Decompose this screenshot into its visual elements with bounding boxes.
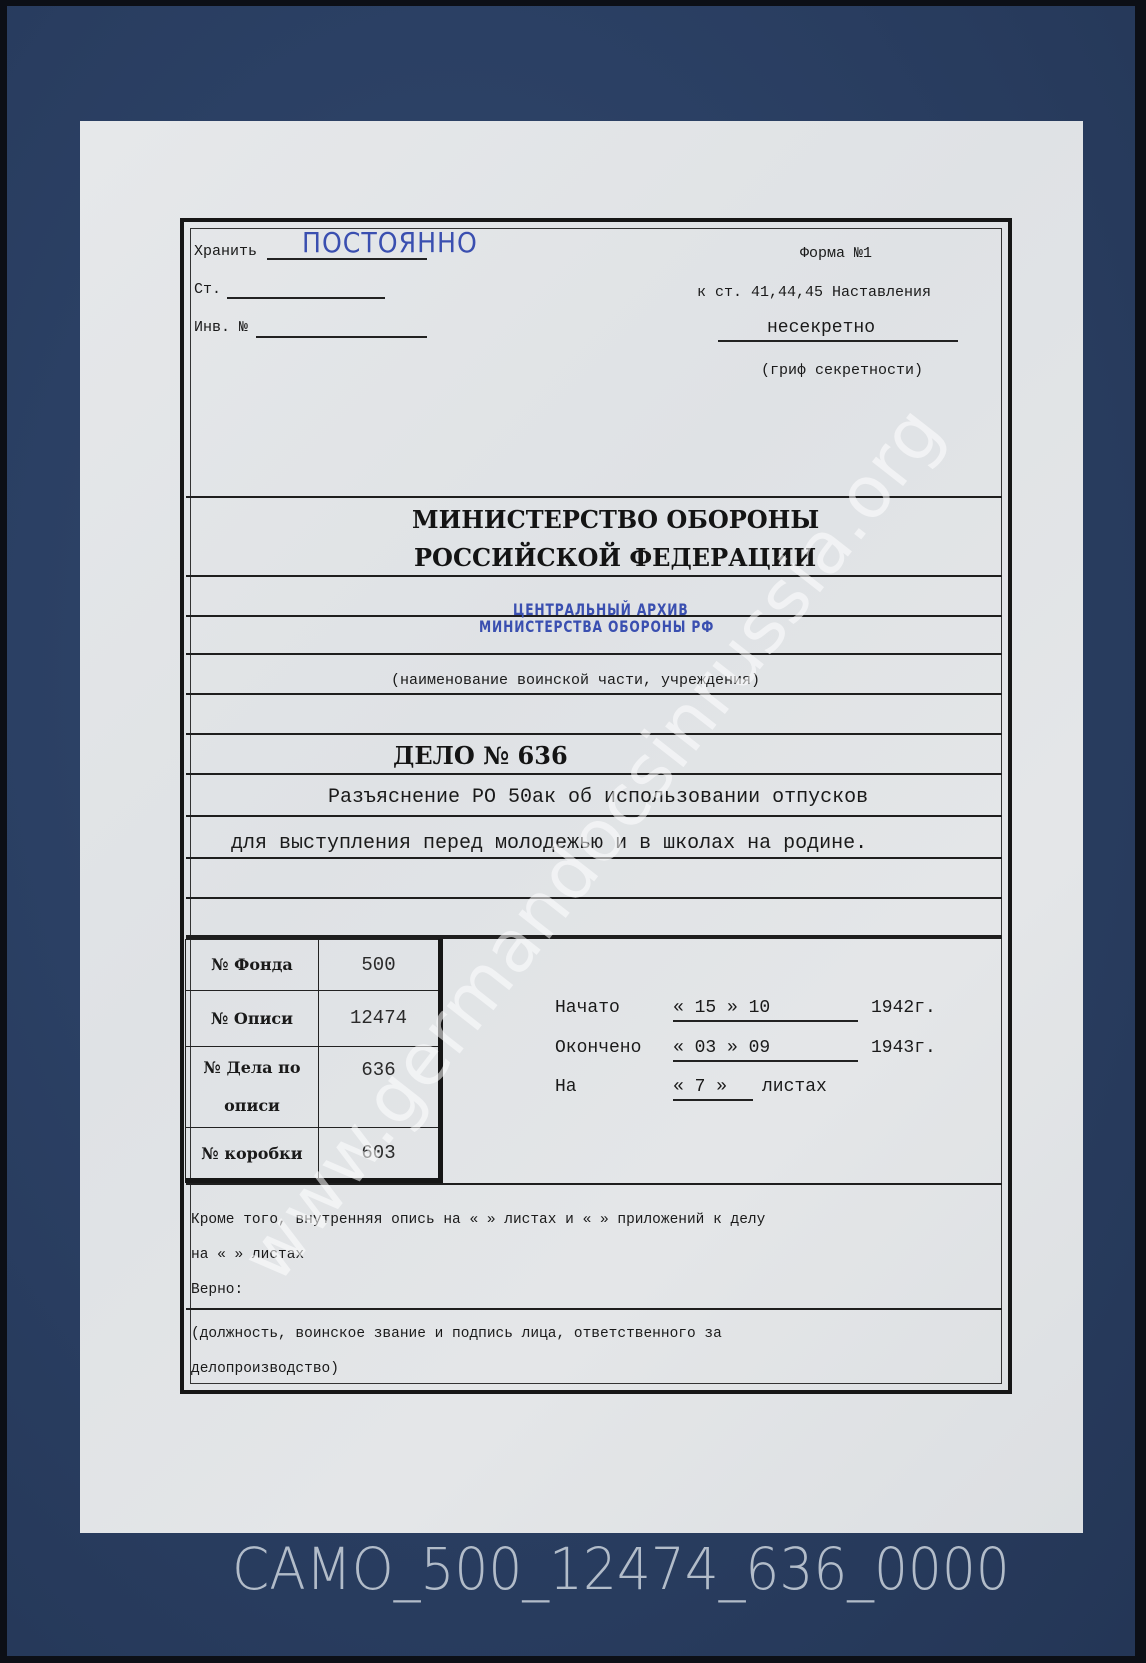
- delo-label: № Дела по описи: [186, 1047, 319, 1128]
- fond-label: № Фонда: [186, 940, 319, 991]
- signature-caption-line1: (должность, воинское звание и подпись ли…: [191, 1326, 722, 1342]
- secrecy-caption: (гриф секретности): [761, 362, 923, 379]
- table-row: № Описи 12474: [186, 990, 441, 1047]
- keep-label: Хранить: [194, 243, 257, 260]
- started-value: « 15 » 10: [673, 998, 770, 1018]
- article-label: Ст.: [194, 281, 221, 298]
- unit-caption: (наименование воинской части, учреждения…: [391, 672, 760, 689]
- case-title: ДЕЛО № 636: [393, 741, 568, 770]
- ended-label: Окончено: [555, 1038, 641, 1058]
- archive-stamp-line2: МИНИСТЕРСТВА ОБОРОНЫ РФ: [479, 617, 714, 636]
- started-year: 1942г.: [871, 998, 936, 1018]
- image-caption: CAMO_500_12474_636_0000: [232, 1535, 1010, 1603]
- extra-inventory-line1: Кроме того, внутренняя опись на « » лист…: [191, 1212, 765, 1228]
- opis-label: № Описи: [186, 990, 319, 1047]
- sheets-suffix: листах: [762, 1077, 827, 1097]
- keep-stamp: ПОСТОЯННО: [302, 226, 478, 259]
- article-field: [227, 297, 385, 299]
- opis-value: 12474: [319, 990, 441, 1047]
- inventory-label: Инв. №: [194, 319, 248, 336]
- box-label: № коробки: [186, 1128, 319, 1181]
- table-row: № Дела по описи 636: [186, 1047, 441, 1128]
- case-description-line2: для выступления перед молодежью и в школ…: [231, 832, 867, 855]
- ministry-line1: МИНИСТЕРСТВО ОБОРОНЫ: [412, 505, 819, 534]
- table-row: № коробки 603: [186, 1128, 441, 1181]
- box-value: 603: [319, 1128, 441, 1181]
- ministry-line2: РОССИЙСКОЙ ФЕДЕРАЦИИ: [414, 543, 816, 572]
- sheets-value: « 7 »: [673, 1077, 727, 1097]
- table-row: № Фонда 500: [186, 940, 441, 991]
- verified-label: Верно:: [191, 1282, 243, 1298]
- form-reference: к ст. 41,44,45 Наставления: [697, 284, 931, 301]
- case-description-line1: Разъяснение РО 50ак об использовании отп…: [328, 786, 868, 809]
- rule: [186, 496, 1002, 498]
- sheets-label: На: [555, 1077, 577, 1097]
- form-label: Форма №1: [800, 245, 872, 262]
- inventory-field: [256, 336, 427, 338]
- secrecy-value: несекретно: [767, 318, 875, 338]
- ended-value: « 03 » 09: [673, 1038, 770, 1058]
- archive-reference-table: № Фонда 500 № Описи 12474 № Дела по опис…: [185, 939, 443, 1183]
- delo-value: 636: [319, 1047, 441, 1128]
- signature-caption-line2: делопроизводство): [191, 1361, 339, 1377]
- started-label: Начато: [555, 998, 620, 1018]
- fond-value: 500: [319, 940, 441, 991]
- extra-inventory-line2: на « » листах: [191, 1247, 304, 1263]
- ended-year: 1943г.: [871, 1038, 936, 1058]
